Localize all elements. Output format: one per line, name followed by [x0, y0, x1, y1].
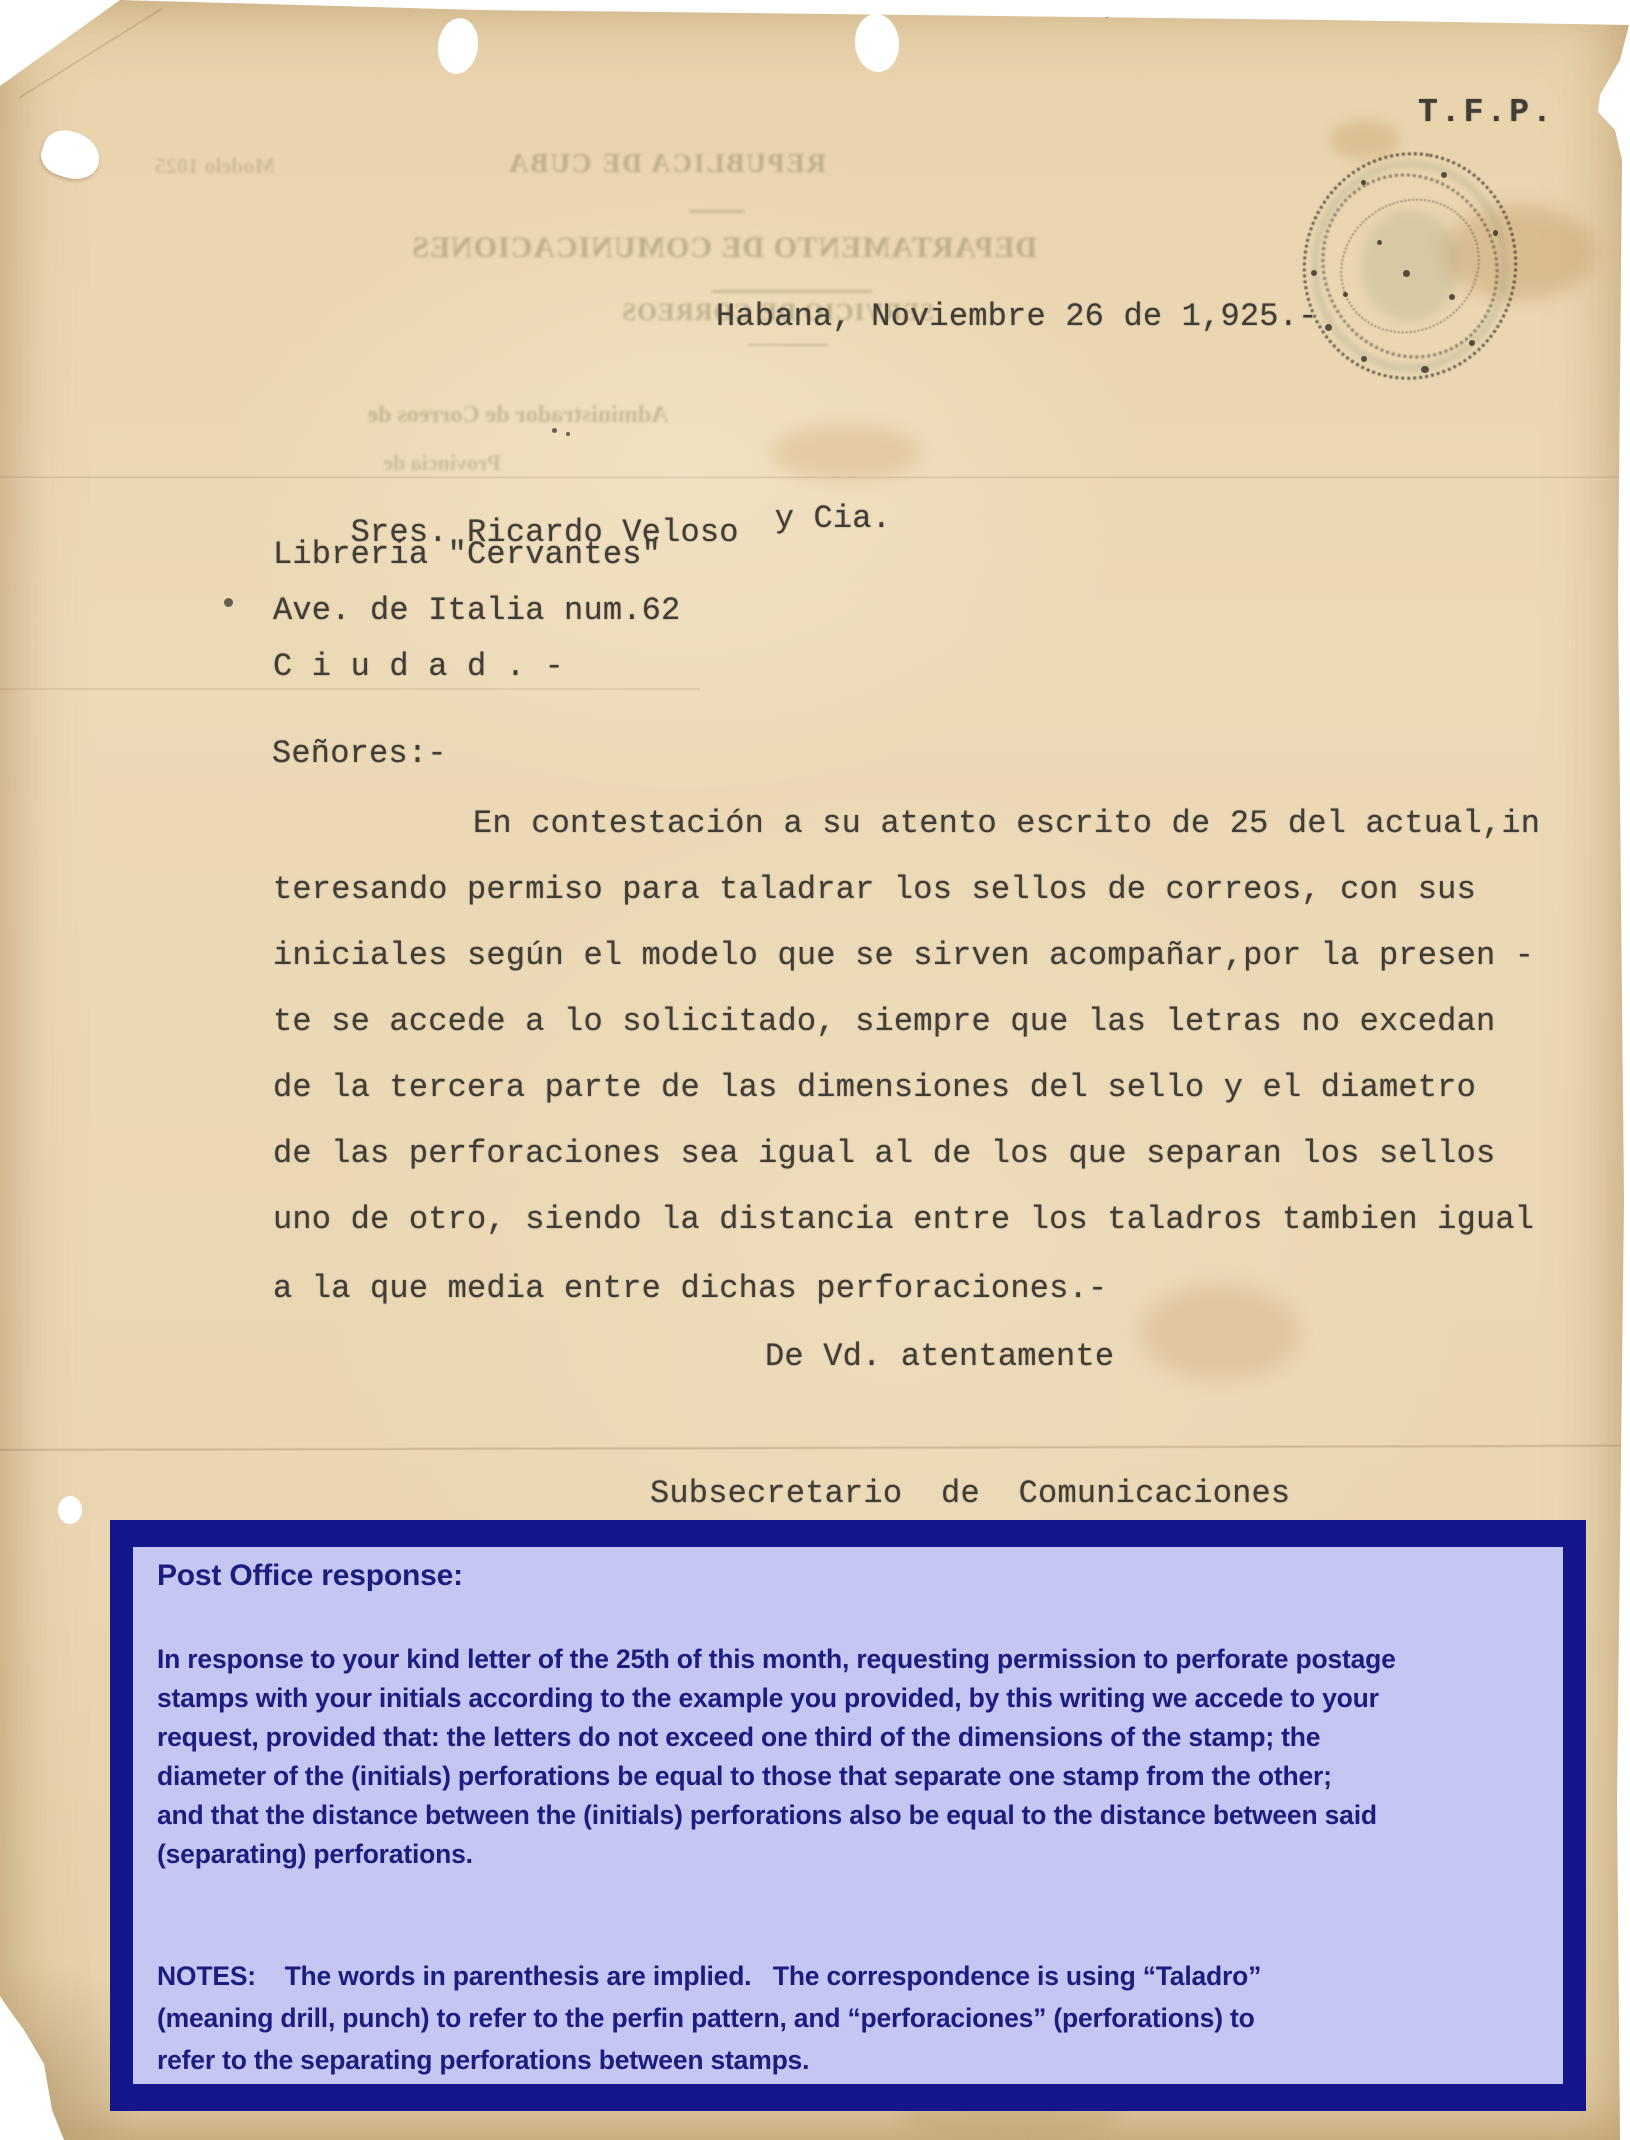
body-line: te se accede a lo solicitado, siempre qu…	[273, 1003, 1495, 1040]
body-line: En contestación a su atento escrito de 2…	[473, 805, 1540, 842]
punch-hole	[434, 15, 481, 76]
ink-speck	[552, 428, 557, 433]
postal-seal-stamp	[1303, 152, 1517, 380]
ink-speck	[224, 598, 233, 607]
letterhead-rule	[690, 210, 744, 213]
letterhead-bleedthrough-model: Modelo 1025	[145, 153, 285, 179]
letterhead-bleedthrough-republic: REPUBLICA DE CUBA	[602, 148, 826, 179]
translation-annotation-box: Post Office response: In response to you…	[110, 1520, 1586, 2111]
body-line: iniciales según el modelo que se sirven …	[273, 937, 1534, 974]
body-line: de la tercera parte de las dimensiones d…	[273, 1069, 1476, 1106]
letterhead-bleedthrough-admin: Administrador de Correos de	[333, 402, 703, 429]
closing: De Vd. atentamente	[765, 1338, 1114, 1375]
stain	[1140, 1285, 1300, 1380]
stain	[770, 425, 920, 480]
paper-tear	[58, 1496, 82, 1524]
scanned-letter-screenshot: { "letter": { "stamp_code": "T.F.P.", "l…	[0, 0, 1630, 2140]
annotation-translation: In response to your kind letter of the 2…	[157, 1640, 1396, 1874]
fold-crease	[0, 1444, 1630, 1452]
body-line: a la que media entre dichas perforacione…	[273, 1270, 1107, 1307]
body-line: teresando permiso para taladrar los sell…	[273, 871, 1476, 908]
signature-title: Subsecretario de Comunicaciones	[650, 1475, 1290, 1512]
paper-tear	[36, 124, 105, 186]
typed-initials-tfp: T.F.P.	[1418, 94, 1555, 131]
notes-line: NOTES: The words in parenthesis are impl…	[157, 1955, 1261, 1997]
recipient-name-suffix: y Cia.	[775, 500, 891, 537]
recipient-line: C i u d a d . -	[273, 648, 564, 685]
translation-line: (separating) perforations.	[157, 1835, 1396, 1874]
dateline: Habana, Noviembre 26 de 1,925.-	[716, 298, 1318, 335]
corner-crease	[18, 7, 163, 99]
translation-line: request, provided that: the letters do n…	[157, 1718, 1396, 1757]
letterhead-rule	[712, 290, 872, 293]
recipient-line: Libreria "Cervantes"	[273, 536, 661, 573]
ink-speck	[566, 432, 570, 436]
annotation-notes: NOTES: The words in parenthesis are impl…	[157, 1955, 1261, 2081]
body-line: uno de otro, siendo la distancia entre l…	[273, 1201, 1534, 1238]
letter-paper: REPUBLICA DE CUBA DEPARTAMENTO DE COMUNI…	[0, 0, 1630, 2140]
letterhead-bleedthrough-province: Provincia de	[377, 450, 507, 476]
recipient-line: Ave. de Italia num.62	[273, 592, 680, 629]
translation-panel: Post Office response: In response to you…	[133, 1547, 1563, 2084]
annotation-title: Post Office response:	[157, 1559, 463, 1593]
body-line: de las perforaciones sea igual al de los…	[273, 1135, 1495, 1172]
ink-speck	[1104, 12, 1110, 18]
punch-hole	[853, 12, 902, 74]
letterhead-bleedthrough-department: DEPARTAMENTO DE COMUNICACIONES	[543, 231, 1037, 265]
notes-line: (meaning drill, punch) to refer to the p…	[157, 1997, 1261, 2039]
salutation: Señores:-	[272, 735, 447, 772]
letterhead-rule	[748, 344, 828, 346]
translation-line: and that the distance between the (initi…	[157, 1796, 1396, 1835]
notes-line: refer to the separating perforations bet…	[157, 2039, 1261, 2081]
fold-crease	[0, 688, 700, 690]
translation-line: stamps with your initials according to t…	[157, 1679, 1396, 1718]
translation-line: diameter of the (initials) perforations …	[157, 1757, 1396, 1796]
translation-line: In response to your kind letter of the 2…	[157, 1640, 1396, 1679]
